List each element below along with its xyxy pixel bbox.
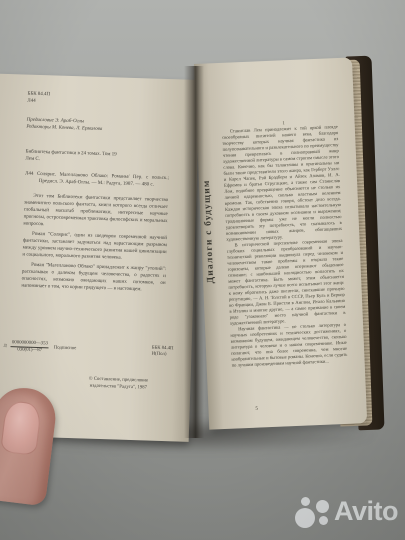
subscription-label: Подписное	[54, 345, 77, 352]
avito-dot	[295, 508, 315, 528]
thumbnail-nail	[0, 400, 42, 456]
avito-dot	[301, 497, 310, 506]
catalog-letter: Л	[3, 343, 6, 349]
catalog-fraction: 0000000000—353 030(01)—87	[11, 340, 49, 354]
annotation-paragraph: Роман "Магелланово Облако" принадлежит к…	[21, 262, 166, 295]
preface-paragraph: Научная фантастика — не столько литерату…	[230, 322, 348, 369]
bbk-right-line: И(Пол)	[151, 351, 173, 358]
avito-dot	[319, 516, 328, 525]
book-gutter-shadow	[184, 66, 204, 438]
avito-wordmark: Avito	[334, 496, 398, 527]
catalog-denominator: 030(01)—87	[11, 347, 49, 354]
thumb-holding-page	[0, 385, 59, 507]
avito-dot	[316, 500, 329, 513]
right-page: Диалоги с будущим 1 Станислав Лем принад…	[194, 57, 367, 429]
entry-code: Л44	[25, 171, 37, 178]
bibliographic-entry: Л44Солярис. Магелланово Облако: Романы/ …	[39, 171, 169, 189]
book-photo-scene: ББК 84.4П Л44 Предисловие Э. Араб-Оглы Р…	[0, 0, 405, 540]
avito-logo-icon	[295, 492, 331, 530]
preface-paragraph: Станислав Лем принадлежит к той яркой пл…	[222, 124, 343, 243]
bibliography-text: Солярис. Магелланово Облако: Романы/ Пер…	[37, 172, 169, 188]
annotation-paragraph: Роман "Солярис", один из шедевров соврем…	[22, 231, 167, 264]
annotation-paragraph: Этот том Библиотеки фантастики представл…	[23, 193, 168, 233]
page-number: 5	[255, 407, 258, 412]
preface-paragraph: В исторической перспективе современная э…	[227, 238, 346, 327]
avito-watermark: Avito	[295, 492, 398, 530]
bbk-right-block: ББК 84.4П И(Пол)	[151, 345, 173, 358]
annotation-block: Этот том Библиотеки фантастики представл…	[21, 193, 168, 294]
right-page-content: 1 Станислав Лем принадлежит к той яркой …	[194, 57, 367, 429]
left-page: ББК 84.4П Л44 Предисловие Э. Араб-Оглы Р…	[0, 73, 200, 442]
